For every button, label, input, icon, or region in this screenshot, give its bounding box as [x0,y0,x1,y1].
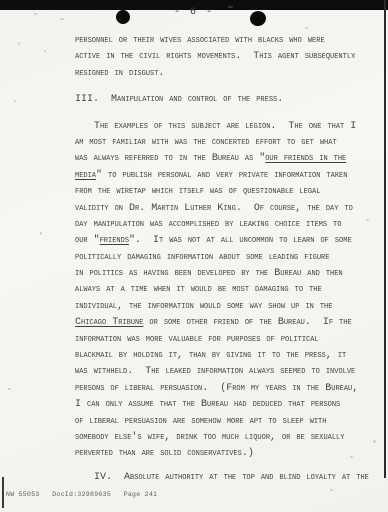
text-segment: perverted than are solid conservatives.) [75,448,254,459]
text-line: IV. Absolute authority at the top and bl… [75,470,384,486]
text-segment: was always referred to in the Bureau as … [75,153,265,164]
text-segment: IV. Absolute authority at the top and bl… [94,472,369,483]
underlined-phrase: our friends in the [265,153,346,164]
text-segment: always at a time when it would be most d… [75,284,322,295]
text-line: active in the civil rights movements. Th… [75,49,384,65]
text-line: of liberal persuasion are somehow more a… [75,414,384,430]
text-segment: validity on Dr. Martin Luther King. Of c… [75,203,353,214]
text-line: information was more valuable for purpos… [75,332,384,348]
text-segment: The examples of this subject are legion.… [94,121,356,132]
section-heading: III. Manipulation and control of the pre… [75,92,384,108]
text-line: media" to publish personal and very priv… [75,168,384,184]
underlined-phrase: Chicago Tribune [75,317,143,328]
text-segment: I can only assume that the Bureau had de… [75,399,340,410]
text-segment: am most familiar with was the concerted … [75,137,337,148]
text-line: was always referred to in the Bureau as … [75,151,384,167]
text-segment: politically damaging information about s… [75,252,329,263]
scan-edge-bottom-left [2,477,4,508]
text-line: validity on Dr. Martin Luther King. Of c… [75,201,384,217]
text-line: was withheld. The leaked information alw… [75,364,384,380]
text-line: individual, the information would some w… [75,299,384,315]
text-segment: of liberal persuasion are somehow more a… [75,416,326,427]
text-line: from the wiretap which itself was of que… [75,184,384,200]
text-segment: blackmail by holding it, than by giving … [75,350,346,361]
text-segment: " to publish personal and very private i… [96,170,347,181]
archive-reference-footer: NW 55053 DocId:32989635 Page 241 [6,491,157,498]
text-line: somebody else's wife, drink too much liq… [75,430,384,446]
text-segment: our " [75,235,100,246]
text-segment: in politics as having been developed by … [75,268,343,279]
text-segment: from the wiretap which itself was of que… [75,186,320,197]
text-line: am most familiar with was the concerted … [75,135,384,151]
text-line: blackmail by holding it, than by giving … [75,348,384,364]
text-line: in politics as having been developed by … [75,266,384,282]
page-number: - 6 - [0,7,388,18]
text-segment: somebody else's wife, drink too much liq… [75,432,344,443]
text-line: personnel or their wives associated with… [75,33,384,49]
document-body: personnel or their wives associated with… [75,33,384,486]
text-segment: or some other friend of the Bureau. If t… [143,317,351,328]
text-segment: information was more valuable for purpos… [75,334,319,345]
text-line: I can only assume that the Bureau had de… [75,397,384,413]
text-segment: resigned in disgust. [75,68,164,79]
text-line: our "friends". It was not at all uncommo… [75,233,384,249]
text-segment: ". It was not at all uncommon to learn o… [129,235,352,246]
text-line: day manipulation was accomplished by lea… [75,217,384,233]
underlined-phrase: media [75,170,96,181]
text-line: The examples of this subject are legion.… [75,119,384,135]
text-line: resigned in disgust. [75,66,384,82]
text-segment: persons of liberal persuasion. (From my … [75,383,358,394]
text-line: politically damaging information about s… [75,250,384,266]
text-segment: was withheld. The leaked information alw… [75,366,355,377]
text-line: persons of liberal persuasion. (From my … [75,381,384,397]
text-line: always at a time when it would be most d… [75,282,384,298]
scan-edge-right [384,0,386,478]
text-segment: individual, the information would some w… [75,301,332,312]
text-segment: active in the civil rights movements. Th… [75,51,355,62]
text-segment: day manipulation was accomplished by lea… [75,219,341,230]
text-line: perverted than are solid conservatives.) [75,446,384,462]
scanned-document-page: - 6 - personnel or their wives associate… [0,0,388,512]
text-segment: personnel or their wives associated with… [75,35,325,46]
text-line: Chicago Tribune or some other friend of … [75,315,384,331]
text-segment: III. Manipulation and control of the pre… [75,94,283,105]
underlined-phrase: friends [100,235,129,246]
